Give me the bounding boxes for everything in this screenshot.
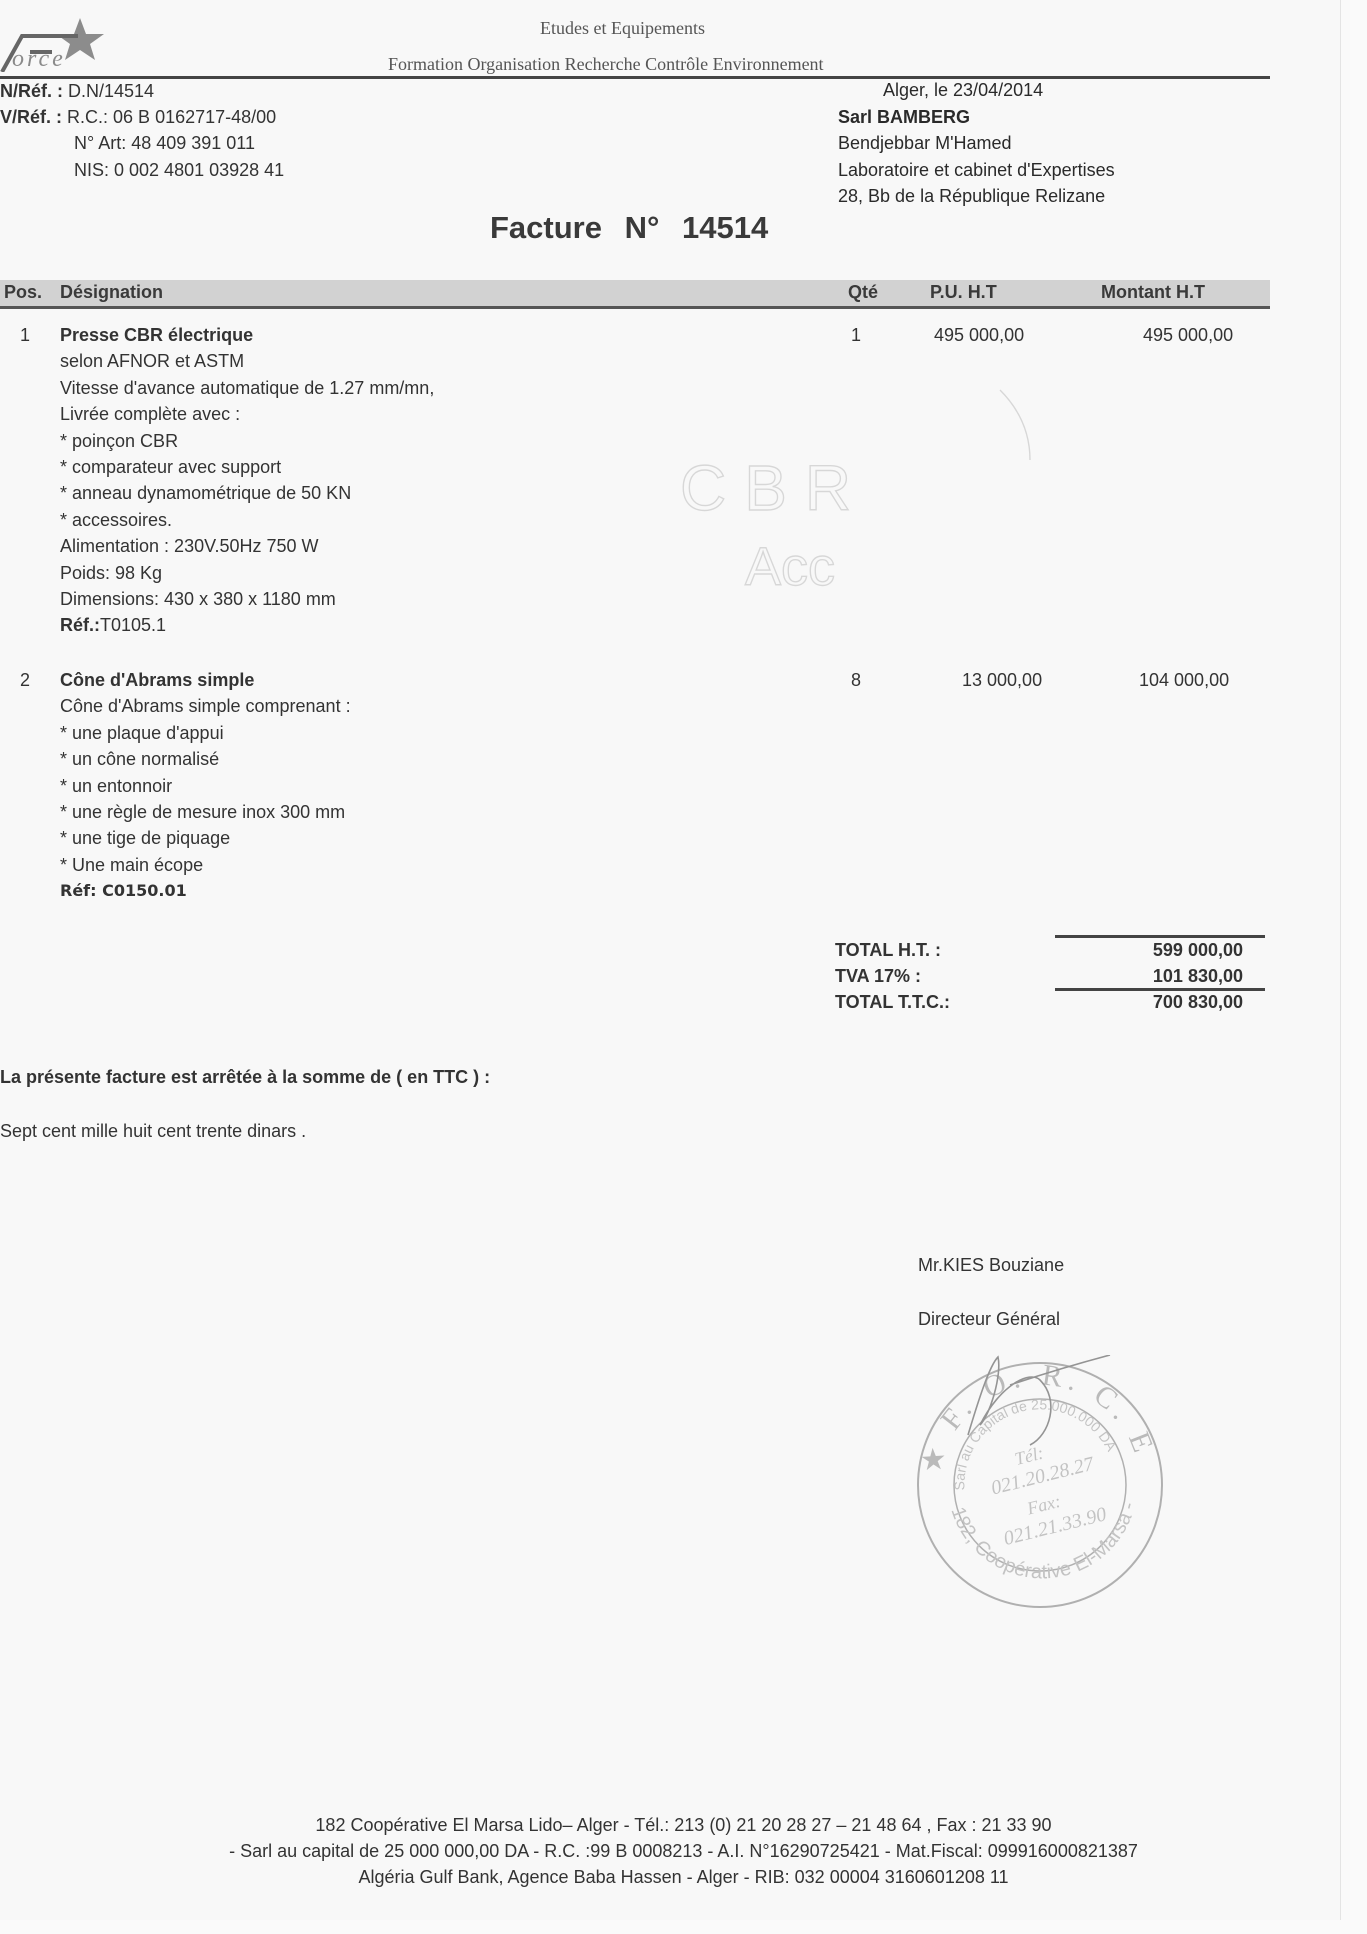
invoice-page: orce Etudes et Equipements Formation Org… bbox=[0, 0, 1341, 1920]
column-header-unit-price: P.U. H.T bbox=[930, 282, 997, 303]
column-header-designation: Désignation bbox=[60, 282, 163, 303]
total-ttc-label: TOTAL T.T.C.: bbox=[835, 992, 950, 1013]
item-detail-line: * poinçon CBR bbox=[60, 428, 434, 454]
footer-bank: Algéria Gulf Bank, Agence Baba Hassen - … bbox=[0, 1867, 1367, 1888]
footer-legal: - Sarl au capital de 25 000 000,00 DA - … bbox=[0, 1841, 1367, 1862]
item-description: Cône d'Abrams simple Cône d'Abrams simpl… bbox=[60, 667, 351, 905]
item-description: Presse CBR électrique selon AFNOR et AST… bbox=[60, 322, 434, 639]
recipient-address: 28, Bb de la République Relizane bbox=[838, 186, 1105, 207]
item-unit-price: 13 000,00 bbox=[962, 670, 1042, 691]
item-detail-line: selon AFNOR et ASTM bbox=[60, 348, 434, 374]
item-position: 1 bbox=[20, 325, 30, 346]
item-detail-line: * une tige de piquage bbox=[60, 825, 351, 851]
tva-value: 101 830,00 bbox=[1153, 966, 1243, 987]
nis-number: NIS: 0 002 4801 03928 41 bbox=[74, 160, 284, 181]
our-reference: N/Réf. : D.N/14514 bbox=[0, 81, 154, 102]
your-reference-label: V/Réf. : bbox=[0, 107, 62, 127]
article-number: N° Art: 48 409 391 011 bbox=[74, 133, 255, 154]
item-detail-line: * anneau dynamométrique de 50 KN bbox=[60, 480, 434, 506]
item-title: Cône d'Abrams simple bbox=[60, 667, 351, 693]
item-detail-line: * un entonnoir bbox=[60, 773, 351, 799]
item-detail-line: Vitesse d'avance automatique de 1.27 mm/… bbox=[60, 375, 434, 401]
item-reference: Réf: C0150.01 bbox=[60, 878, 351, 904]
item-detail-line: Alimentation : 230V.50Hz 750 W bbox=[60, 533, 434, 559]
amount-in-words: Sept cent mille huit cent trente dinars … bbox=[0, 1121, 306, 1142]
item-detail-line: * Une main écope bbox=[60, 852, 351, 878]
item-detail-line: Cône d'Abrams simple comprenant : bbox=[60, 693, 351, 719]
recipient-company: Sarl BAMBERG bbox=[838, 107, 970, 128]
signer-name: Mr.KIES Bouziane bbox=[918, 1255, 1064, 1276]
item-detail-line: * une règle de mesure inox 300 mm bbox=[60, 799, 351, 825]
tva-label: TVA 17% : bbox=[835, 966, 921, 987]
item-title: Presse CBR électrique bbox=[60, 322, 434, 348]
your-reference-value: R.C.: 06 B 0162717-48/00 bbox=[67, 107, 276, 127]
item-amount: 495 000,00 bbox=[1143, 325, 1233, 346]
footer-address: 182 Coopérative El Marsa Lido– Alger - T… bbox=[0, 1815, 1367, 1836]
item-detail-line: Poids: 98 Kg bbox=[60, 560, 434, 586]
column-header-pos: Pos. bbox=[4, 282, 42, 303]
your-reference: V/Réf. : R.C.: 06 B 0162717-48/00 bbox=[0, 107, 276, 128]
our-reference-value: D.N/14514 bbox=[68, 81, 154, 101]
company-stamp: ★ F. O. R. C. E ★ Sarl au Capital de 25.… bbox=[910, 1355, 1170, 1615]
item-detail-line: * une plaque d'appui bbox=[60, 720, 351, 746]
item-quantity: 1 bbox=[851, 325, 861, 346]
item-detail-line: Dimensions: 430 x 380 x 1180 mm bbox=[60, 586, 434, 612]
item-detail-line: Livrée complète avec : bbox=[60, 401, 434, 427]
svg-text:CBR: CBR bbox=[680, 452, 869, 524]
item-unit-price: 495 000,00 bbox=[934, 325, 1024, 346]
totals-bottom-rule bbox=[1055, 988, 1265, 991]
item-reference-label: Réf.: bbox=[60, 615, 100, 635]
totals-top-rule bbox=[1055, 935, 1265, 938]
item-amount: 104 000,00 bbox=[1139, 670, 1229, 691]
pencil-annotation: CBR Acc bbox=[560, 380, 1080, 600]
item-quantity: 8 bbox=[851, 670, 861, 691]
item-reference: Réf.:T0105.1 bbox=[60, 612, 434, 638]
column-header-amount: Montant H.T bbox=[1101, 282, 1205, 303]
column-header-qty: Qté bbox=[848, 282, 878, 303]
total-ht-value: 599 000,00 bbox=[1153, 940, 1243, 961]
invoice-number: N° 14514 bbox=[625, 210, 769, 245]
invoice-title: Facture N° 14514 bbox=[490, 210, 768, 246]
total-ttc-value: 700 830,00 bbox=[1153, 992, 1243, 1013]
tagline-secondary: Formation Organisation Recherche Contrôl… bbox=[388, 54, 824, 75]
table-header bbox=[0, 280, 1270, 309]
item-detail-line: * accessoires. bbox=[60, 507, 434, 533]
our-reference-label: N/Réf. : bbox=[0, 81, 63, 101]
signer-title: Directeur Général bbox=[918, 1309, 1060, 1330]
recipient-contact: Bendjebbar M'Hamed bbox=[838, 133, 1012, 154]
item-reference-value: T0105.1 bbox=[100, 615, 166, 635]
invoice-title-label: Facture bbox=[490, 210, 602, 245]
closing-statement: La présente facture est arrêtée à la som… bbox=[0, 1067, 490, 1088]
recipient-activity: Laboratoire et cabinet d'Expertises bbox=[838, 160, 1115, 181]
total-ht-label: TOTAL H.T. : bbox=[835, 940, 941, 961]
item-detail-line: * un cône normalisé bbox=[60, 746, 351, 772]
header-divider bbox=[0, 76, 1270, 79]
item-detail-line: * comparateur avec support bbox=[60, 454, 434, 480]
svg-text:Acc: Acc bbox=[745, 537, 835, 597]
tagline-primary: Etudes et Equipements bbox=[540, 18, 705, 39]
item-position: 2 bbox=[20, 670, 30, 691]
invoice-date: Alger, le 23/04/2014 bbox=[883, 80, 1043, 101]
logo-text: orce bbox=[12, 46, 66, 73]
